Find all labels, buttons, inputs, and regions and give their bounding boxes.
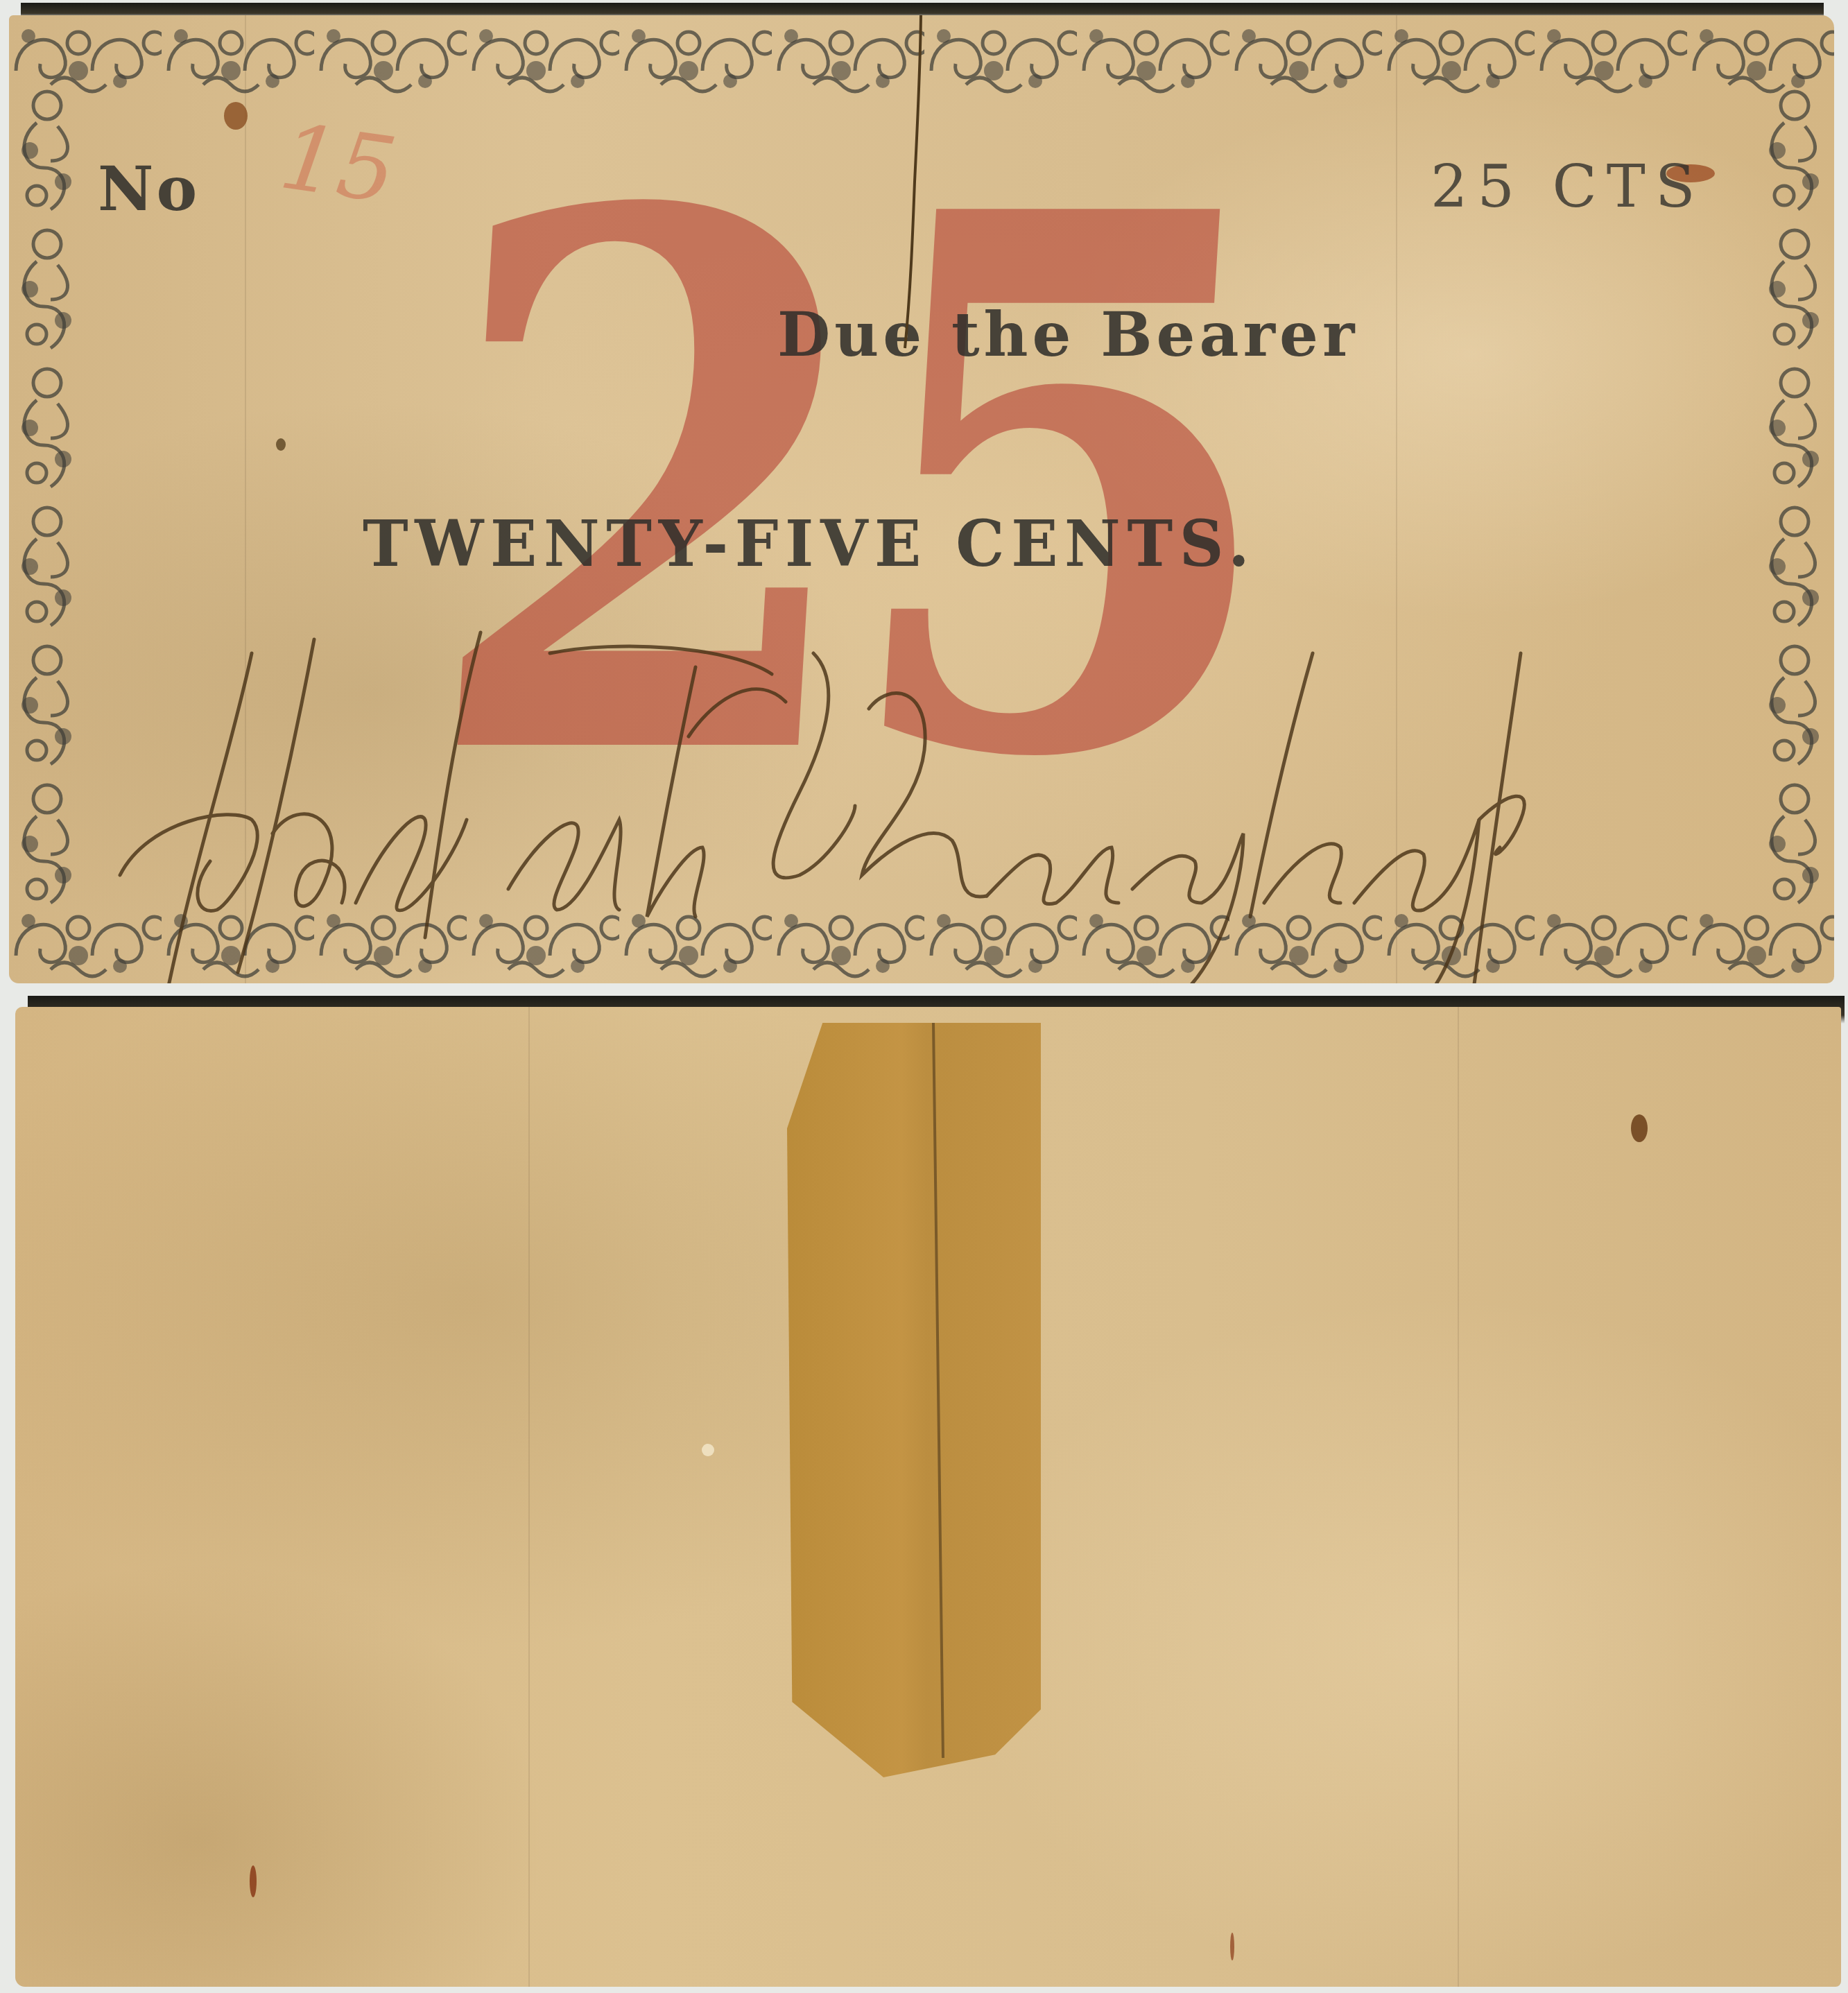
number-label: No bbox=[98, 153, 200, 225]
stain-spot bbox=[224, 102, 248, 130]
stain-spot bbox=[702, 1444, 714, 1456]
note-back bbox=[15, 1007, 1841, 1987]
stain-spot bbox=[250, 1865, 257, 1897]
ornament-scroll-icon bbox=[9, 85, 85, 910]
fold-line bbox=[1458, 1007, 1459, 1987]
payee-line: Due the Bearer bbox=[777, 298, 1358, 370]
signature bbox=[92, 612, 1791, 983]
stain-spot bbox=[1230, 1933, 1234, 1960]
stain-spot bbox=[276, 438, 286, 451]
repair-tape bbox=[787, 1023, 1041, 1777]
stain-spot bbox=[1631, 1114, 1648, 1142]
paper-crack bbox=[890, 15, 931, 362]
paper-crack bbox=[929, 1023, 950, 1758]
border-left bbox=[9, 85, 85, 910]
serial-number: 15 bbox=[274, 103, 402, 224]
amount-in-words: TWENTY-FIVE CENTS. bbox=[363, 506, 1256, 581]
corner-denomination: 25 CTS bbox=[1431, 153, 1704, 221]
fold-line bbox=[528, 1007, 530, 1987]
note-front: 25 No 15 25 CTS Due the Bearer TWENTY-FI… bbox=[9, 15, 1834, 983]
